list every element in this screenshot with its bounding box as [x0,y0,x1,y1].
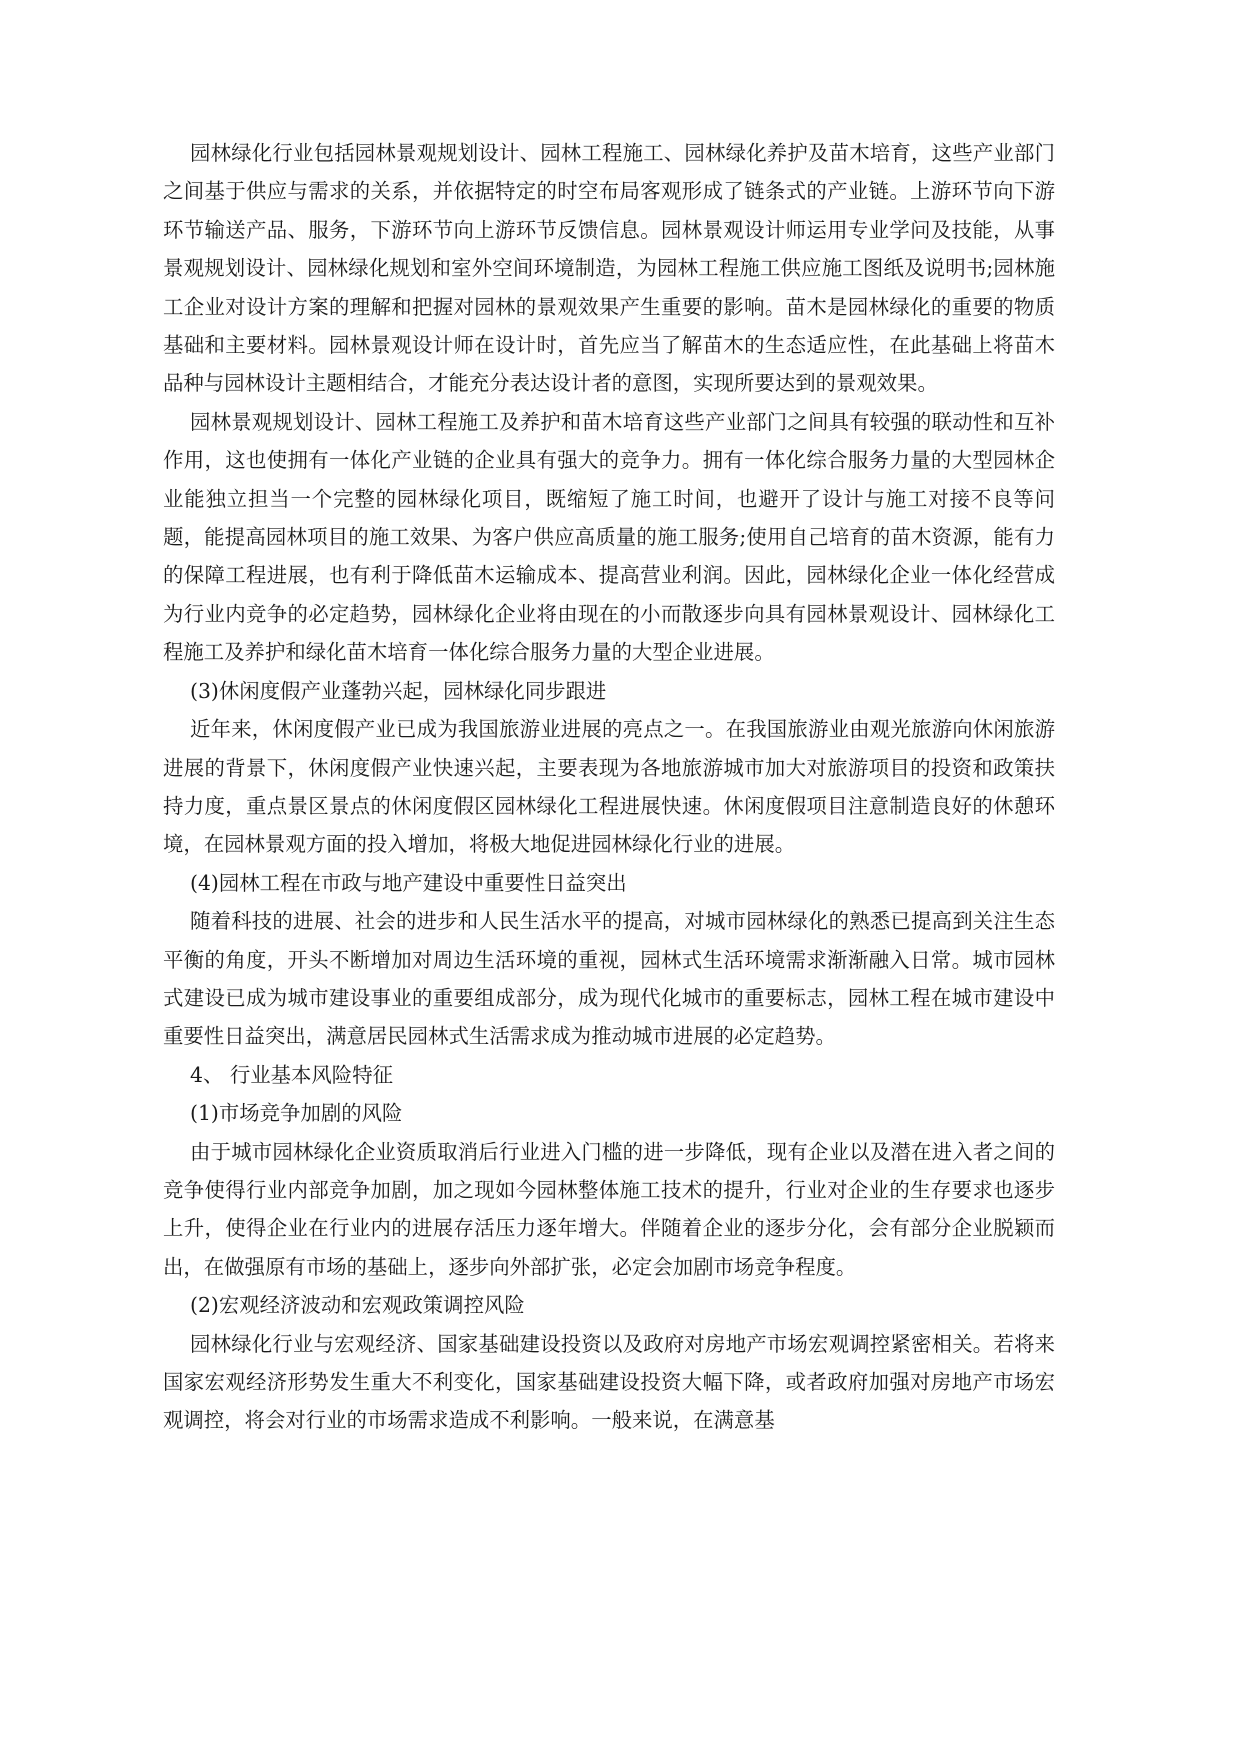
heading-risk-features: 4、 行业基本风险特征 [163,1056,1055,1094]
heading-leisure-tourism: (3)休闲度假产业蓬勃兴起，园林绿化同步跟进 [163,672,1055,710]
heading-municipal-importance: (4)园林工程在市政与地产建设中重要性日益突出 [163,864,1055,902]
paragraph-competition-risk: 由于城市园林绿化企业资质取消后行业进入门槛的进一步降低，现有企业以及潜在进入者之… [163,1133,1055,1287]
paragraph-municipal-importance: 随着科技的进展、社会的进步和人民生活水平的提高，对城市园林绿化的熟悉已提高到关注… [163,902,1055,1056]
heading-competition-risk: (1)市场竞争加剧的风险 [163,1094,1055,1132]
paragraph-industry-chain: 园林绿化行业包括园林景观规划设计、园林工程施工、园林绿化养护及苗木培育，这些产业… [163,134,1055,403]
paragraph-integration: 园林景观规划设计、园林工程施工及养护和苗木培育这些产业部门之间具有较强的联动性和… [163,403,1055,672]
paragraph-macro-risk: 园林绿化行业与宏观经济、国家基础建设投资以及政府对房地产市场宏观调控紧密相关。若… [163,1325,1055,1440]
paragraph-leisure-tourism: 近年来，休闲度假产业已成为我国旅游业进展的亮点之一。在我国旅游业由观光旅游向休闲… [163,710,1055,864]
heading-macro-risk: (2)宏观经济波动和宏观政策调控风险 [163,1286,1055,1324]
document-page: 园林绿化行业包括园林景观规划设计、园林工程施工、园林绿化养护及苗木培育，这些产业… [163,134,1055,1440]
